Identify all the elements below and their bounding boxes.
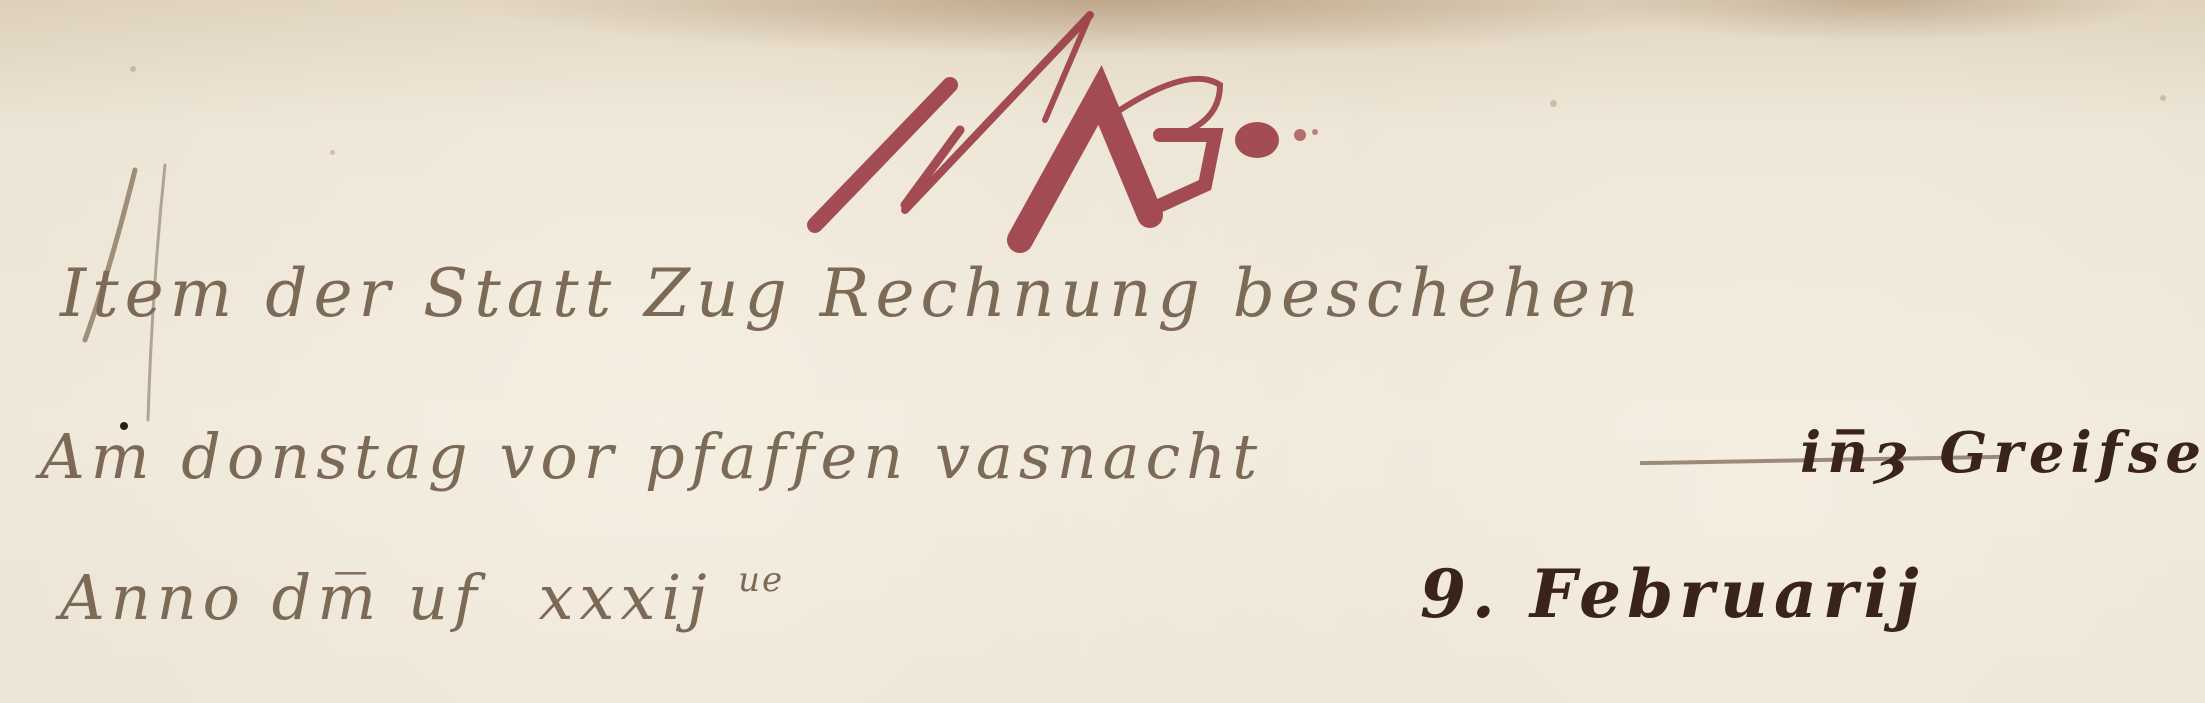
line-3-text: Anno dm̅ uf (60, 561, 483, 634)
line-2-later-hand-text: in̅ȝ Greifsen (1800, 420, 2205, 486)
manuscript-line-2: Am donstag vor pfaffen vasnacht (40, 420, 1263, 493)
paper-speck (2160, 95, 2166, 101)
line-3-continuation: xxx⁠ij (538, 561, 712, 634)
line-3-later-hand-text: 9. Februarij (1420, 555, 1925, 633)
line-1-text: Item der Statt Zug Rechnung beschehen (60, 255, 1645, 332)
manuscript-page: Item der Statt Zug Rechnung beschehen Am… (0, 0, 2205, 703)
line-2-text: Am donstag vor pfaffen vasnacht (40, 420, 1263, 493)
paper-speck (130, 66, 136, 72)
red-monogram-icon (800, 0, 1360, 260)
line-2-later-hand: in̅ȝ Greifsen (1800, 420, 2205, 486)
manuscript-line-3: Anno dm̅ uf xxx⁠ij ue (60, 560, 784, 634)
manuscript-line-1: Item der Statt Zug Rechnung beschehen (60, 255, 1645, 332)
line-3-later-hand: 9. Februarij (1420, 555, 1925, 633)
paper-speck (1550, 100, 1557, 107)
paper-speck (330, 150, 335, 155)
line-3-superscript: ue (738, 560, 784, 600)
